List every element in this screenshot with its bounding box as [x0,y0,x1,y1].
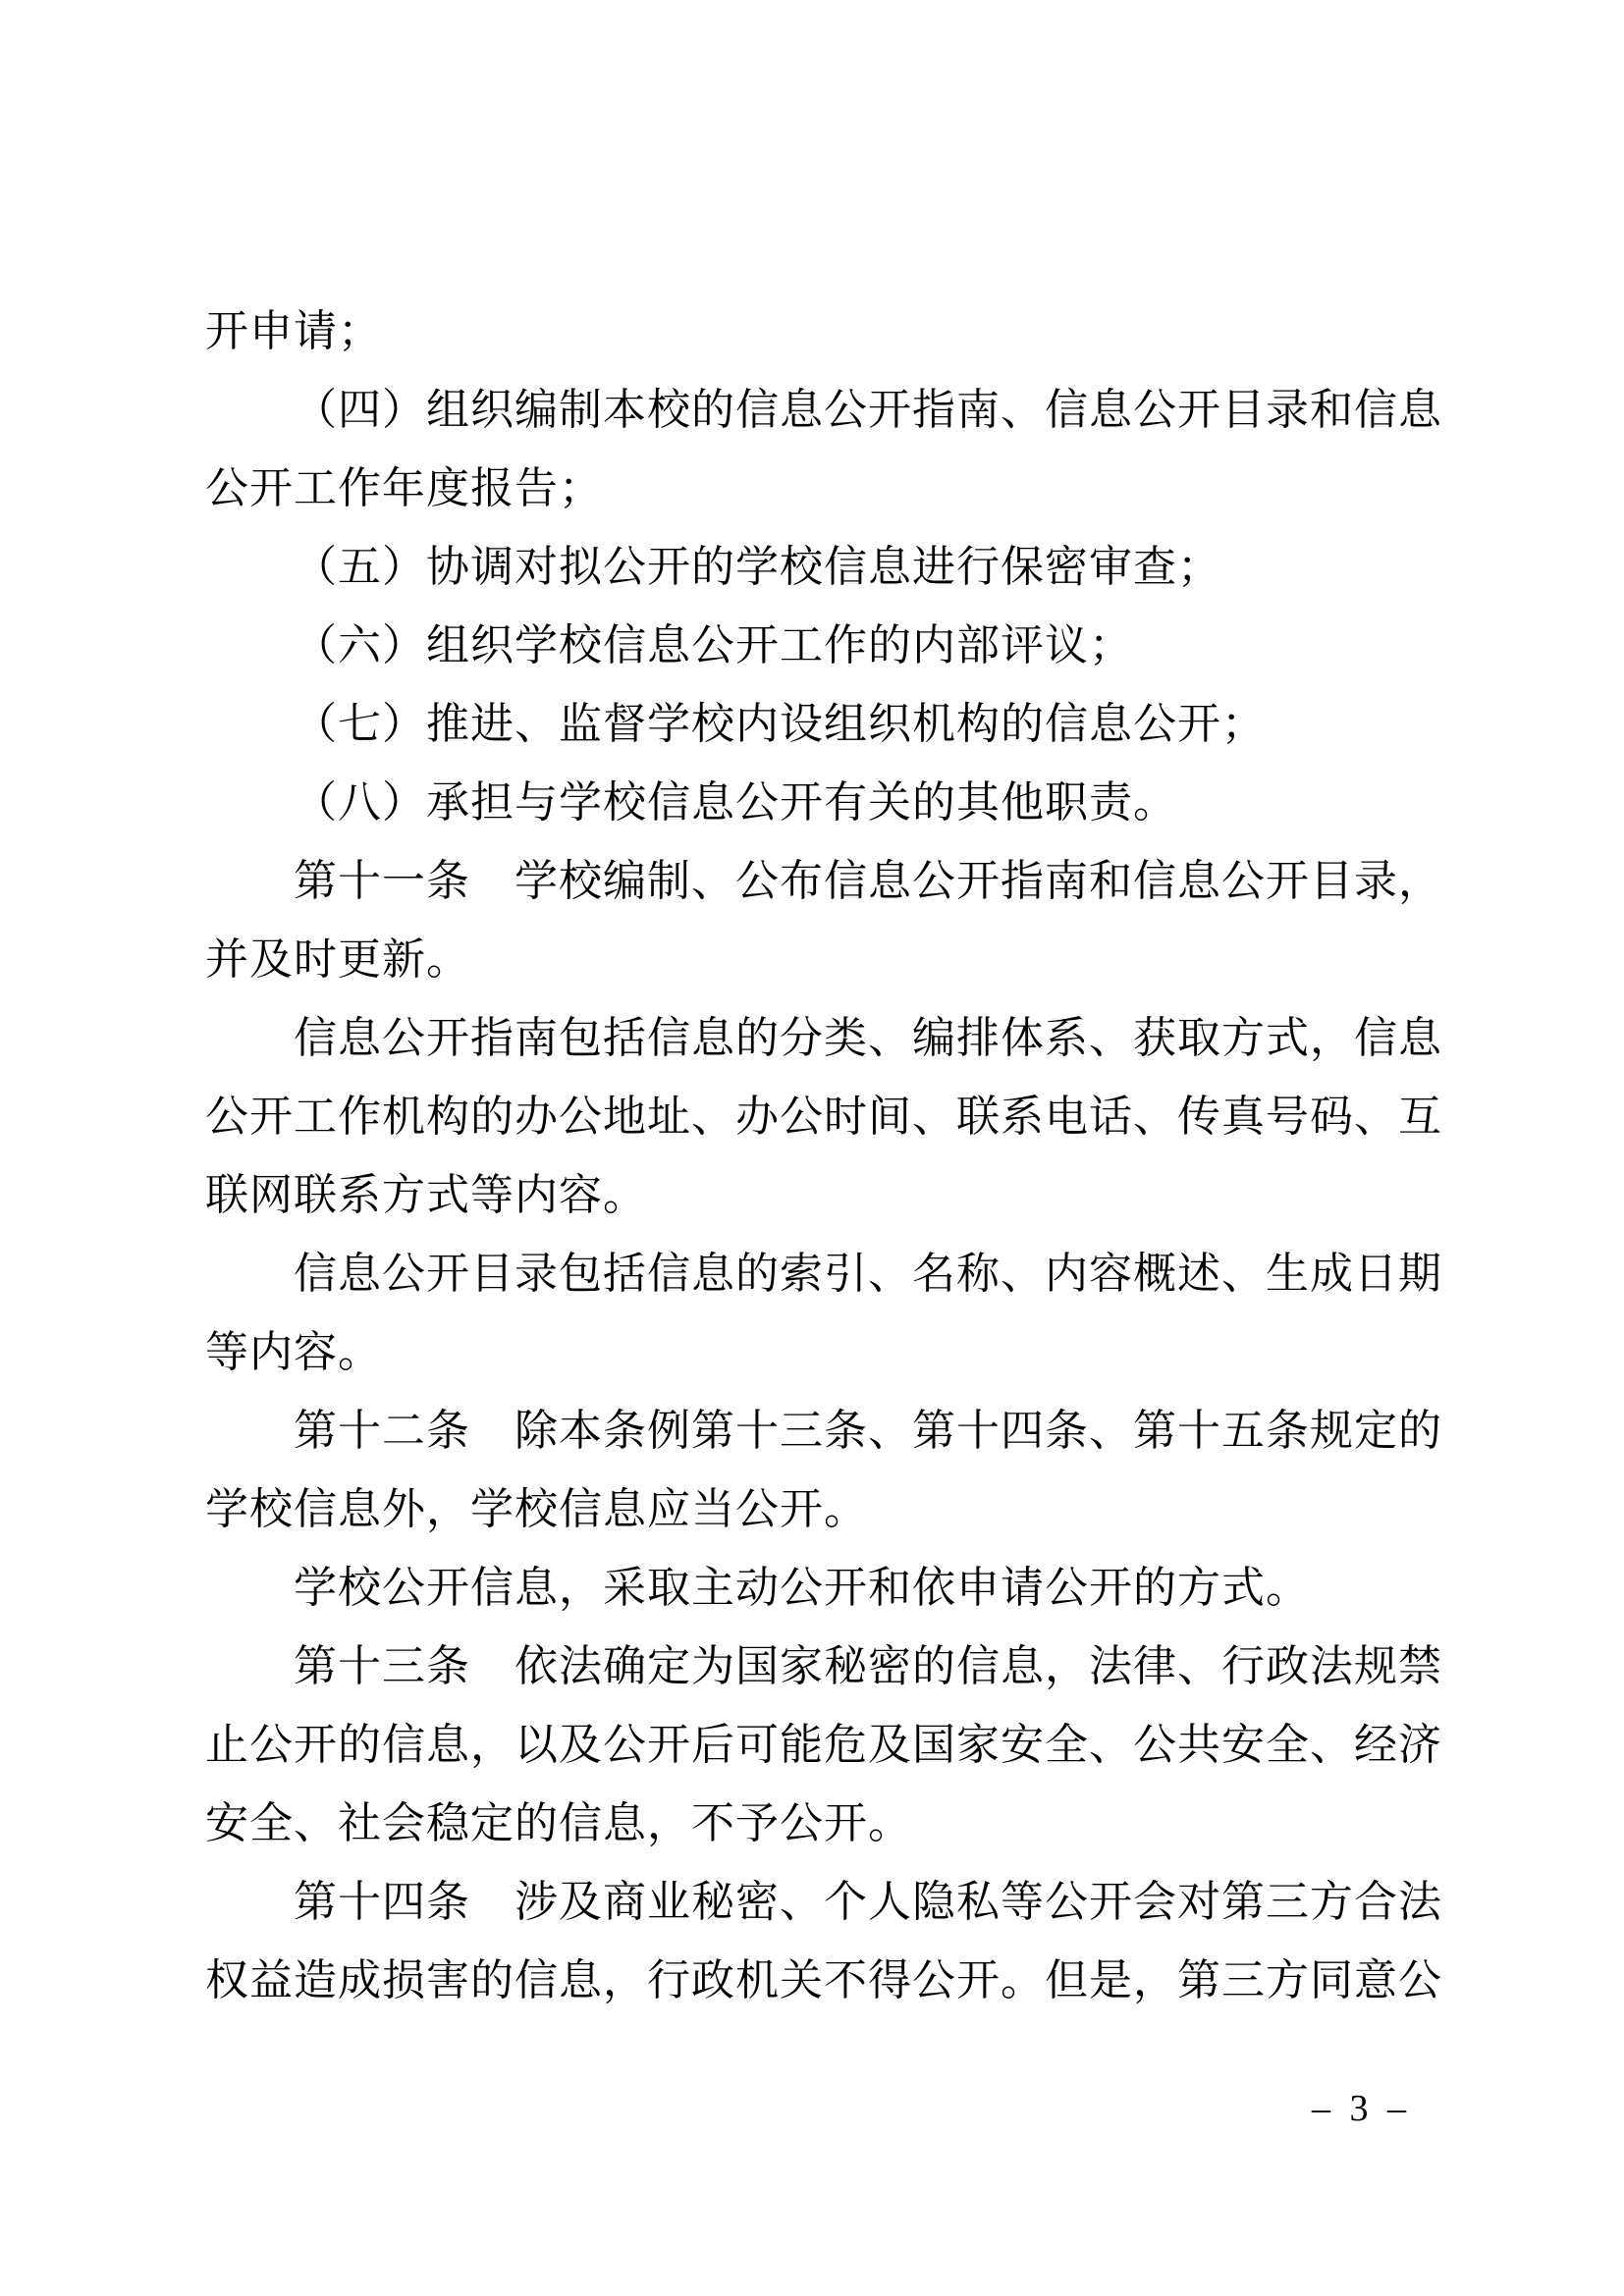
text-line: 信息公开目录包括信息的索引、名称、内容概述、生成日期 [205,1235,1429,1313]
text-line: 第十一条 学校编制、公布信息公开指南和信息公开目录， [205,842,1429,921]
page-number: – 3 – [1312,2085,1411,2132]
text-line: 安全、社会稳定的信息，不予公开。 [205,1785,1429,1863]
text-line: 权益造成损害的信息，行政机关不得公开。但是，第三方同意公 [205,1942,1429,2020]
text-line: 第十二条 除本条例第十三条、第十四条、第十五条规定的 [205,1392,1429,1470]
text-line: 开申请； [205,293,1429,371]
text-line: （八）承担与学校信息公开有关的其他职责。 [205,764,1429,842]
text-line: 学校信息外，学校信息应当公开。 [205,1470,1429,1549]
text-line: 第十四条 涉及商业秘密、个人隐私等公开会对第三方合法 [205,1863,1429,1942]
text-line: 公开工作年度报告； [205,450,1429,528]
text-line: 第十三条 依法确定为国家秘密的信息，法律、行政法规禁 [205,1628,1429,1706]
text-line: （四）组织编制本校的信息公开指南、信息公开目录和信息 [205,371,1429,450]
text-line: 等内容。 [205,1313,1429,1392]
document-text-block: 开申请； （四）组织编制本校的信息公开指南、信息公开目录和信息 公开工作年度报告… [205,293,1429,2020]
text-line: 并及时更新。 [205,921,1429,999]
text-line: 止公开的信息，以及公开后可能危及国家安全、公共安全、经济 [205,1706,1429,1785]
text-line: （五）协调对拟公开的学校信息进行保密审查； [205,528,1429,607]
text-line: （七）推进、监督学校内设组织机构的信息公开； [205,685,1429,764]
document-page: 开申请； （四）组织编制本校的信息公开指南、信息公开目录和信息 公开工作年度报告… [0,0,1624,2296]
text-line: 联网联系方式等内容。 [205,1156,1429,1235]
text-line: （六）组织学校信息公开工作的内部评议； [205,607,1429,685]
text-line: 公开工作机构的办公地址、办公时间、联系电话、传真号码、互 [205,1078,1429,1156]
text-line: 学校公开信息，采取主动公开和依申请公开的方式。 [205,1549,1429,1628]
text-line: 信息公开指南包括信息的分类、编排体系、获取方式，信息 [205,999,1429,1078]
